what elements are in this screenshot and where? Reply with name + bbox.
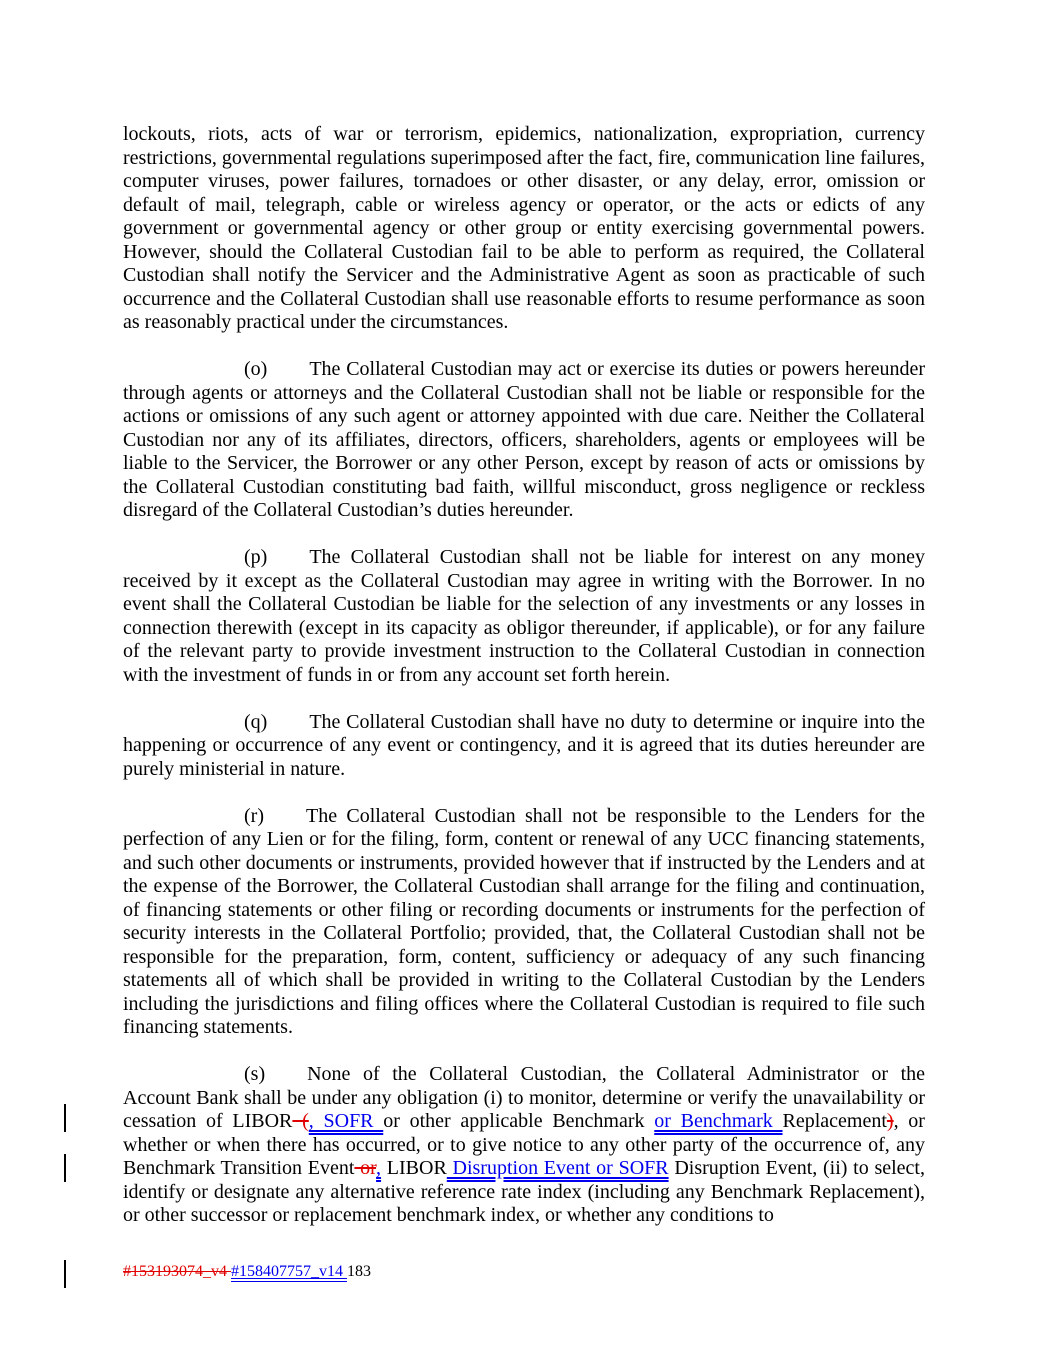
deleted-text: ) xyxy=(887,1110,894,1132)
tab-space xyxy=(267,727,309,728)
inserted-text: #158407757_v14 xyxy=(231,1263,347,1280)
text-run: The Collateral Custodian may act or exer… xyxy=(123,358,925,521)
tab-space xyxy=(264,821,306,822)
tab-space xyxy=(267,374,309,375)
tab-space xyxy=(267,562,309,563)
tab-space xyxy=(265,1079,307,1080)
paragraph-label: (o) xyxy=(244,358,267,380)
paragraph-continuation: lockouts, riots, acts of war or terroris… xyxy=(123,123,925,335)
text-run: lockouts, riots, acts of war or terroris… xyxy=(123,123,925,333)
inserted-text: Disruption Event or SOFR xyxy=(447,1157,669,1179)
inserted-text: , SOFR xyxy=(309,1110,383,1132)
text-run: 183 xyxy=(347,1263,371,1280)
paragraph-label: (r) xyxy=(244,805,264,827)
deleted-text: or xyxy=(354,1157,376,1179)
change-bar xyxy=(64,1104,66,1132)
text-run: The Collateral Custodian shall not be re… xyxy=(123,805,925,1039)
paragraph-o: (o)The Collateral Custodian may act or e… xyxy=(123,358,925,523)
text-run: Replacement xyxy=(783,1110,887,1132)
page-footer: #153193074_v4 #158407757_v14 183 xyxy=(123,1262,371,1282)
text-run: LIBOR xyxy=(381,1157,447,1179)
deleted-text: #153193074_v4 xyxy=(123,1263,231,1280)
paragraph-label: (q) xyxy=(244,711,267,733)
document-body: lockouts, riots, acts of war or terroris… xyxy=(123,123,925,1251)
paragraph-p: (p)The Collateral Custodian shall not be… xyxy=(123,546,925,687)
text-run: or other applicable Benchmark xyxy=(383,1110,654,1132)
paragraph-label: (s) xyxy=(244,1063,265,1085)
paragraph-q: (q)The Collateral Custodian shall have n… xyxy=(123,711,925,782)
change-bar xyxy=(64,1260,66,1288)
paragraph-r: (r)The Collateral Custodian shall not be… xyxy=(123,805,925,1040)
inserted-text: or Benchmark xyxy=(654,1110,782,1132)
paragraph-label: (p) xyxy=(244,546,267,568)
deleted-text: ( xyxy=(292,1110,308,1132)
document-page: lockouts, riots, acts of war or terroris… xyxy=(0,0,1055,1365)
paragraph-s: (s)None of the Collateral Custodian, the… xyxy=(123,1063,925,1228)
change-bar xyxy=(64,1154,66,1182)
